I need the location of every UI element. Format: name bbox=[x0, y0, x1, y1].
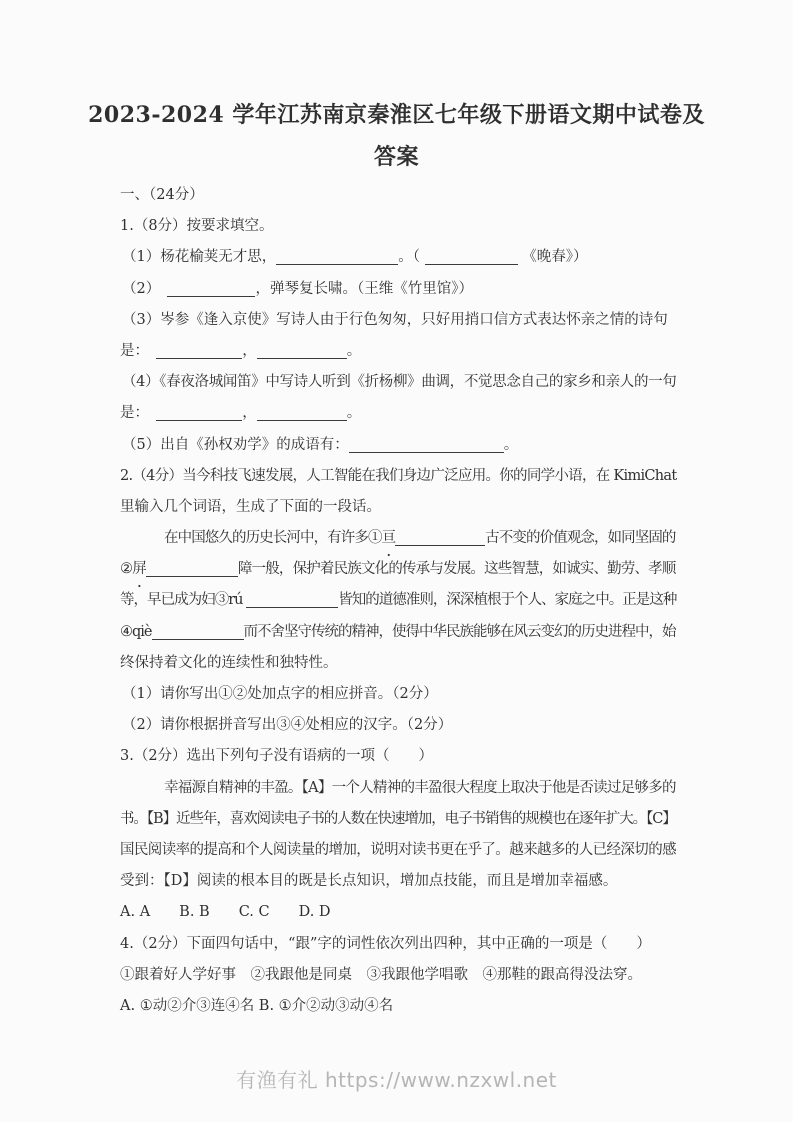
text-segment: 障一般，保护着民族文化的传承与发展。这些智慧，如诚实、勤劳、孝顺 bbox=[238, 561, 676, 577]
text-segment: 2.（4分）当今科技飞速发展，人工智能在我们身边广泛应用。你的同学小语，在 Ki… bbox=[120, 468, 676, 484]
text-segment: 1.（8分）按要求填空。 bbox=[120, 218, 274, 234]
text-segment: 里输入几个词语，生成了下面的一段话。 bbox=[120, 499, 381, 515]
text-segment: （2）请你根据拼音写出③④处相应的汉字。（2分） bbox=[122, 717, 452, 733]
text-segment: （3）岑参《逢入京使》写诗人由于行色匆匆，只好用捎口信方式表达怀亲之情的诗句 bbox=[122, 312, 668, 328]
text-segment: 国民阅读率的提高和个人阅读量的增加，说明对读书更在乎了。越来越多的人已经深切的感 bbox=[120, 842, 676, 858]
q2-passage-5: 终保持着文化的连续性和独特性。 bbox=[120, 648, 676, 679]
answer-blank bbox=[246, 593, 338, 608]
text-segment: 幸福源自精神的丰盈。【A】一个人精神的丰盈很大程度上取决于他是否读过足够多的 bbox=[164, 780, 676, 796]
text-segment: ， bbox=[242, 405, 257, 421]
watermark: 有渔有礼 https://www.nzxwl.net bbox=[0, 1064, 793, 1093]
text-segment: （5）出自《孙权劝学》的成语有： bbox=[122, 437, 349, 453]
exam-content: 一、（24分）1.（8分）按要求填空。（1）杨花榆荚无才思，。（ 《晚春》）（2… bbox=[120, 180, 676, 1022]
text-segment: 等，早已成为妇③rú bbox=[120, 592, 246, 608]
text-segment: ， bbox=[242, 343, 257, 359]
text-segment: ，弹琴复长啸。（王维《竹里馆》） bbox=[255, 281, 473, 297]
q4-sentences: ①跟着好人学好事 ②我跟他是同桌 ③我跟他学唱歌 ④那鞋的跟高得没法穿。 bbox=[120, 960, 676, 991]
text-segment: （1）杨花榆荚无才思， bbox=[122, 249, 276, 265]
q3-passage-3: 国民阅读率的提高和个人阅读量的增加，说明对读书更在乎了。越来越多的人已经深切的感 bbox=[120, 835, 676, 866]
section-1-heading: 一、（24分） bbox=[120, 180, 676, 211]
text-segment: A. ①动②介③连④名 B. ①介②动③动④名 bbox=[120, 998, 393, 1014]
q1-item-1: （1）杨花榆荚无才思，。（ 《晚春》） bbox=[120, 242, 676, 273]
q3-passage-1: 幸福源自精神的丰盈。【A】一个人精神的丰盈很大程度上取决于他是否读过足够多的 bbox=[120, 773, 676, 804]
text-segment: 。 bbox=[347, 343, 362, 359]
q3-options: A. A B. B C. C D. D bbox=[120, 897, 676, 928]
watermark-text: 有渔有礼 https://www.nzxwl.net bbox=[236, 1068, 557, 1092]
answer-blank bbox=[257, 344, 347, 359]
text-segment: 《晚春》） bbox=[518, 249, 588, 265]
text-segment: 。 bbox=[504, 437, 519, 453]
q1-item-4-answer: 是： ，。 bbox=[120, 398, 676, 429]
text-segment: 是： bbox=[120, 343, 156, 359]
answer-blank bbox=[276, 250, 398, 265]
q2-passage-3: 等，早已成为妇③rú 皆知的道德准则，深深植根于个人、家庭之中。正是这种 bbox=[120, 585, 676, 616]
text-segment: 在中国悠久的历史长河中，有许多① bbox=[164, 530, 382, 546]
question-2-cont: 里输入几个词语，生成了下面的一段话。 bbox=[120, 492, 676, 523]
q1-item-5: （5）出自《孙权劝学》的成语有：。 bbox=[120, 430, 676, 461]
q3-passage-2: 书。【B】近些年，喜欢阅读电子书的人数在快速增加，电子书销售的规模也在逐年扩大。… bbox=[120, 804, 676, 835]
text-segment: ② bbox=[120, 561, 132, 577]
question-4: 4.（2分）下面四句话中，“跟”字的词性依次列出四种，其中正确的一项是（ ） bbox=[120, 929, 676, 960]
q1-item-3: （3）岑参《逢入京使》写诗人由于行色匆匆，只好用捎口信方式表达怀亲之情的诗句 bbox=[120, 305, 676, 336]
text-segment: ①跟着好人学好事 ②我跟他是同桌 ③我跟他学唱歌 ④那鞋的跟高得没法穿。 bbox=[120, 967, 642, 983]
q2-item-1: （1）请你写出①②处加点字的相应拼音。（2分） bbox=[120, 679, 676, 710]
exam-page: 2023-2024 学年江苏南京秦淮区七年级下册语文期中试卷及答案 一、（24分… bbox=[0, 0, 793, 1122]
text-segment: 终保持着文化的连续性和独特性。 bbox=[120, 655, 338, 671]
q2-passage-1: 在中国悠久的历史长河中，有许多①亘古不变的价值观念，如同坚固的 bbox=[120, 523, 676, 554]
text-segment: 3.（2分）选出下列句子没有语病的一项（ ） bbox=[120, 748, 433, 764]
text-segment: 皆知的道德准则，深深植根于个人、家庭之中。正是这种 bbox=[338, 592, 676, 608]
q3-passage-4: 受到：【D】阅读的根本目的既是长点知识，增加点技能，而且是增加幸福感。 bbox=[120, 866, 676, 897]
answer-blank bbox=[156, 344, 242, 359]
answer-blank bbox=[152, 625, 244, 640]
question-1: 1.（8分）按要求填空。 bbox=[120, 211, 676, 242]
answer-blank bbox=[257, 406, 347, 421]
answer-blank bbox=[395, 531, 485, 546]
q1-item-2: （2） ，弹琴复长啸。（王维《竹里馆》） bbox=[120, 274, 676, 305]
text-segment: （1）请你写出①②处加点字的相应拼音。（2分） bbox=[122, 686, 438, 702]
q1-item-4: （4）《春夜洛城闻笛》中写诗人听到《折杨柳》曲调，不觉思念自己的家乡和亲人的一句 bbox=[120, 367, 676, 398]
answer-blank bbox=[156, 406, 242, 421]
text-segment: 古不变的价值观念，如同坚固的 bbox=[485, 530, 675, 546]
text-segment: （4）《春夜洛城闻笛》中写诗人听到《折杨柳》曲调，不觉思念自己的家乡和亲人的一句 bbox=[122, 374, 676, 390]
q4-options: A. ①动②介③连④名 B. ①介②动③动④名 bbox=[120, 991, 676, 1022]
text-segment: 受到：【D】阅读的根本目的既是长点知识，增加点技能，而且是增加幸福感。 bbox=[120, 873, 617, 889]
q2-passage-4: ④qiè而不舍坚守传统的精神，使得中华民族能够在风云变幻的历史进程中，始 bbox=[120, 617, 676, 648]
text-segment: 4.（2分）下面四句话中，“跟”字的词性依次列出四种，其中正确的一项是（ ） bbox=[120, 936, 651, 952]
q1-item-3-answer: 是： ，。 bbox=[120, 336, 676, 367]
answer-blank bbox=[146, 562, 238, 577]
text-segment: 一、（24分） bbox=[120, 187, 204, 203]
answer-blank bbox=[349, 438, 504, 453]
question-3: 3.（2分）选出下列句子没有语病的一项（ ） bbox=[120, 741, 676, 772]
text-segment: 。 bbox=[347, 405, 362, 421]
question-2: 2.（4分）当今科技飞速发展，人工智能在我们身边广泛应用。你的同学小语，在 Ki… bbox=[120, 461, 676, 492]
text-segment: 是： bbox=[120, 405, 156, 421]
emphasized-char: 亘 bbox=[382, 523, 396, 554]
page-title: 2023-2024 学年江苏南京秦淮区七年级下册语文期中试卷及答案 bbox=[0, 94, 793, 178]
text-segment: 而不舍坚守传统的精神，使得中华民族能够在风云变幻的历史进程中，始 bbox=[244, 624, 676, 640]
q2-item-2: （2）请你根据拼音写出③④处相应的汉字。（2分） bbox=[120, 710, 676, 741]
answer-blank bbox=[167, 282, 255, 297]
text-segment: （2） bbox=[122, 281, 167, 297]
page-title-line: 2023-2024 学年江苏南京秦淮区七年级下册语文期中试卷及 bbox=[0, 94, 793, 136]
page-title-line: 答案 bbox=[0, 136, 793, 178]
text-segment: 书。【B】近些年，喜欢阅读电子书的人数在快速增加，电子书销售的规模也在逐年扩大。… bbox=[120, 811, 676, 827]
text-segment: A. A B. B C. C D. D bbox=[120, 904, 331, 920]
q2-passage-2: ②屏障一般，保护着民族文化的传承与发展。这些智慧，如诚实、勤劳、孝顺 bbox=[120, 554, 676, 585]
answer-blank bbox=[425, 250, 518, 265]
emphasized-char: 屏 bbox=[132, 554, 146, 585]
text-segment: 。（ bbox=[398, 249, 424, 265]
text-segment: ④qiè bbox=[120, 624, 152, 640]
